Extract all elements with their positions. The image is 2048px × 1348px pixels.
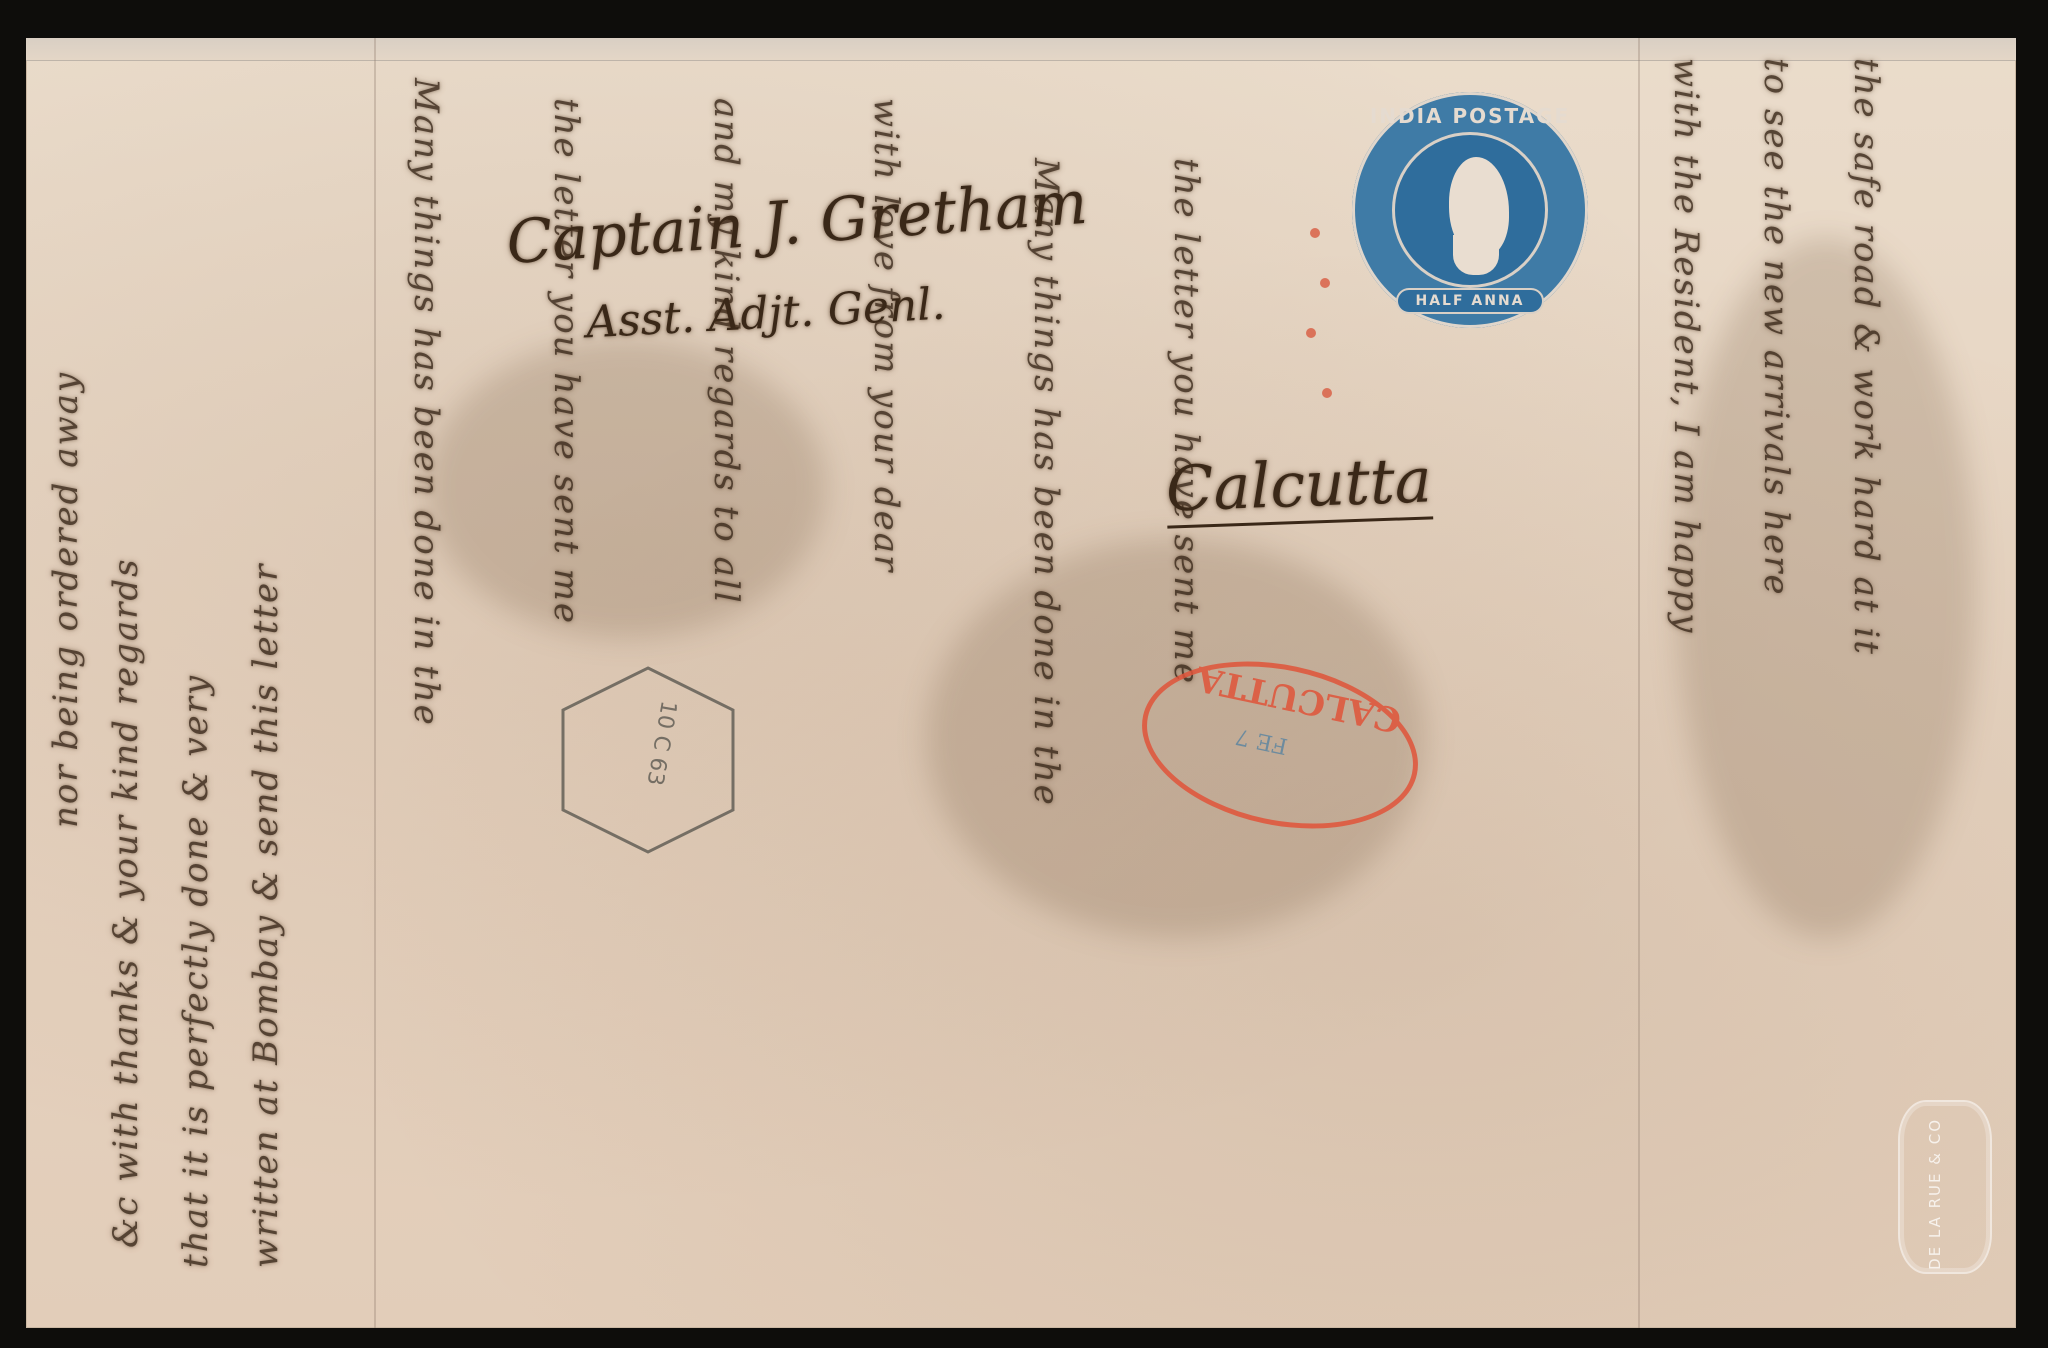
emboss-text: DE LA RUE & CO bbox=[1926, 1118, 1944, 1270]
handwriting-column: &c with thanks & your kind regards bbox=[106, 68, 146, 1248]
handwriting-column: with the Resident, I am happy bbox=[1666, 58, 1706, 1278]
stamp-top-text: INDIA POSTAGE bbox=[1352, 104, 1588, 128]
handwriting-column: the safe road & work hard at it bbox=[1846, 58, 1886, 1278]
handwriting-column: written at Bombay & send this letter bbox=[246, 68, 286, 1268]
red-ink-spots bbox=[1306, 218, 1336, 418]
handwriting-column: Many things has been done in the bbox=[406, 78, 446, 1278]
envelope-top-flap bbox=[26, 38, 2016, 61]
handwriting-column: nor being ordered away bbox=[46, 68, 86, 828]
portrait-neck bbox=[1453, 235, 1499, 275]
address-line-city: Calcutta bbox=[1165, 443, 1433, 528]
handwriting-column: Many things has been done in the bbox=[1026, 158, 1066, 1258]
handwriting-column: with love from your dear bbox=[866, 98, 906, 1278]
stamp-portrait-medallion bbox=[1392, 132, 1548, 288]
envelope-paper: nor being ordered away &c with thanks & … bbox=[26, 38, 2016, 1328]
embossed-maker-mark: DE LA RUE & CO bbox=[1898, 1100, 1992, 1274]
age-stain bbox=[1676, 238, 1976, 938]
fold-line bbox=[1638, 38, 1640, 1328]
stamp-value-text: HALF ANNA bbox=[1396, 288, 1544, 314]
handwriting-column: that it is perfectly done & very bbox=[176, 68, 216, 1268]
handwriting-column: to see the new arrivals here bbox=[1756, 58, 1796, 1278]
age-stain bbox=[426, 338, 826, 638]
postmark-date-text: FE 7 bbox=[1234, 723, 1290, 757]
india-postage-stamp: INDIA POSTAGE HALF ANNA bbox=[1352, 92, 1588, 328]
hexagonal-postmark: 10 C 63 bbox=[548, 660, 748, 860]
address-line-name: Captain J. Gretham bbox=[504, 168, 1089, 278]
fold-line bbox=[374, 38, 376, 1328]
